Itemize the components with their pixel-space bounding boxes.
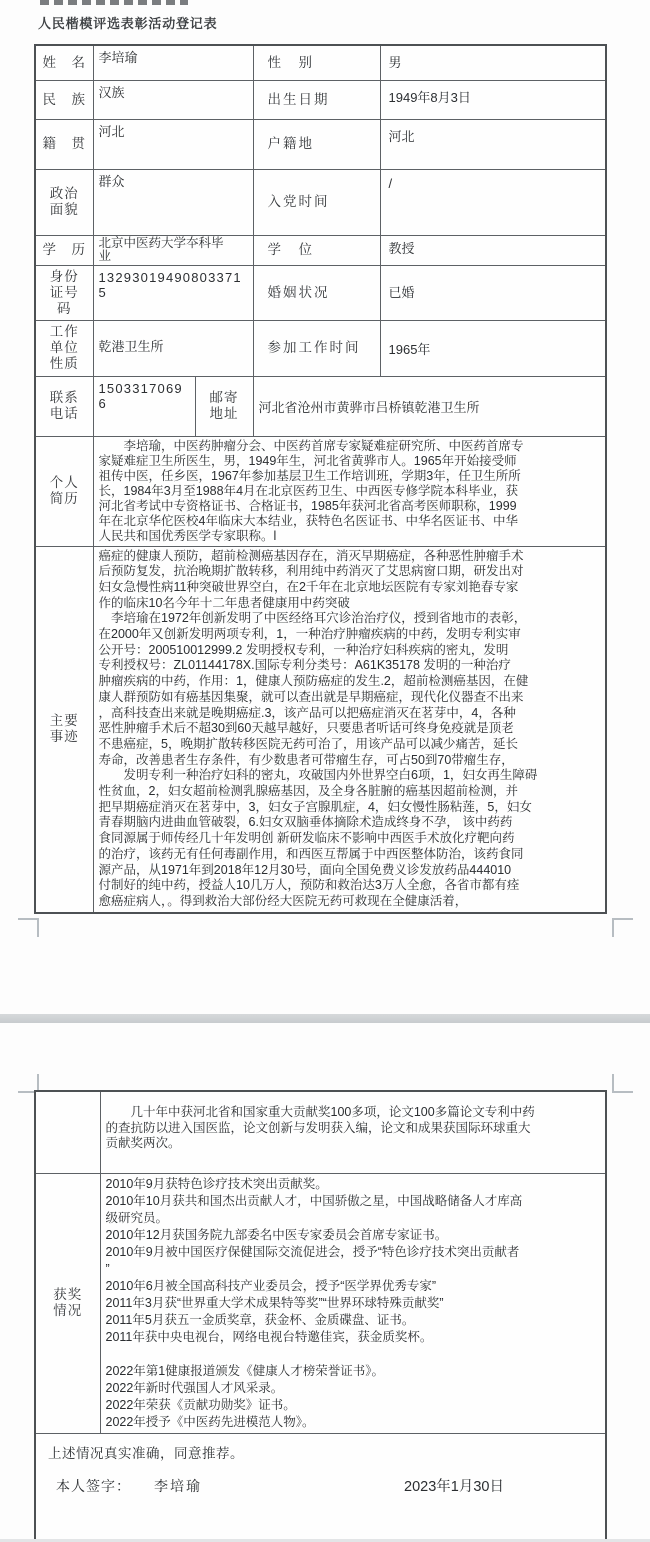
table-row: 政治 面貌 群众 入党时间 / [35, 169, 606, 235]
field-label-gender: 性 别 [253, 45, 380, 80]
field-label-marital-status: 婚姻状况 [253, 265, 380, 320]
table-row: 获奖 情况 2010年9月获特色诊疗技术突出贡献奖。 2010年10月获共和国杰… [35, 1173, 606, 1433]
field-value-main-deeds: 癌症的健康人预防，超前检测癌基因存在，消灭早期癌症，各种恶性肿瘤手术 后预防复发… [93, 546, 606, 913]
field-label-resume: 个人 简历 [35, 436, 93, 546]
table-row: 主要 事迹 癌症的健康人预防，超前检测癌基因存在，消灭早期癌症，各种恶性肿瘤手术… [35, 546, 606, 913]
field-value-marital-status: 已婚 [380, 265, 606, 320]
signature-name: 李培瑜 [154, 1476, 202, 1496]
field-label-birthdate: 出生日期 [253, 80, 380, 119]
page1-bottom-left-margin-mark [18, 918, 39, 937]
field-label-native-place: 籍 贯 [35, 119, 93, 169]
signature-date: 2023年1月30日 [404, 1475, 504, 1496]
field-value-political-status: 群众 [93, 169, 253, 235]
page2-top-right-margin-mark [612, 1074, 633, 1093]
field-value-birthdate: 1949年8月3日 [380, 80, 606, 119]
field-label-name: 姓 名 [35, 45, 93, 80]
field-value-party-join-time: / [380, 169, 606, 235]
field-value-mailing-address: 河北省沧州市黄骅市吕桥镇乾港卫生所 [253, 376, 606, 436]
table-row: 学 历 北京中医药大学夲科毕 业 学 位 教授 [35, 235, 606, 265]
field-label-household: 户籍地 [253, 119, 380, 169]
field-label-political-status: 政治 面貌 [35, 169, 93, 235]
field-label-work-unit: 工作 单位 性质 [35, 320, 93, 376]
table-row: 联系 电话 1503317069 6 邮寄 地址 河北省沧州市黄骅市吕桥镇乾港卫… [35, 376, 606, 436]
field-label-mailing-address: 邮寄 地址 [195, 376, 253, 436]
field-label-education: 学 历 [35, 235, 93, 265]
field-value-ethnicity: 汉族 [93, 80, 253, 119]
field-value-id-number: 13293019490803371 5 [93, 265, 253, 320]
field-label-main-deeds: 主要 事迹 [35, 546, 93, 913]
field-label-id-number: 身份 证号 码 [35, 265, 93, 320]
field-value-name: 李培瑜 [93, 45, 253, 80]
field-value-work-unit: 乾港卫生所 [93, 320, 253, 376]
field-label-deeds-continued [35, 1091, 100, 1173]
field-value-deeds-continued: 几十年中获河北省和国家重大贡献奖100多项，论文100多篇论文专利中药 的查抗防… [100, 1091, 606, 1173]
page-separator [0, 1014, 650, 1023]
field-label-ethnicity: 民 族 [35, 80, 93, 119]
field-value-awards: 2010年9月获特色诊疗技术突出贡献奖。 2010年10月获共和国杰出贡献人才，… [100, 1173, 606, 1433]
registration-form-table-page2: 几十年中获河北省和国家重大贡献奖100多项，论文100多篇论文专利中药 的查抗防… [34, 1090, 607, 1542]
field-value-phone: 1503317069 6 [93, 376, 195, 436]
field-label-awards: 获奖 情况 [35, 1173, 100, 1433]
recommendation-statement: 上述情况真实准确，同意推荐。 [48, 1442, 244, 1462]
table-row: 工作 单位 性质 乾港卫生所 参加工作时间 1965年 [35, 320, 606, 376]
table-row: 个人 简历 李培瑜，中医药肿瘤分会、中医药首席专家疑难症研究所、中医药首席专 家… [35, 436, 606, 546]
page1-bottom-right-margin-mark [612, 918, 633, 937]
table-row: 上述情况真实准确，同意推荐。 本人签字： 李培瑜 2023年1月30日 [35, 1433, 606, 1542]
registration-form-table-page1: 姓 名 李培瑜 性 别 男 民 族 汉族 出生日期 1949年8月3日 籍 贯 … [34, 44, 607, 914]
field-value-gender: 男 [380, 45, 606, 80]
table-row: 籍 贯 河北 户籍地 河北 [35, 119, 606, 169]
field-label-degree: 学 位 [253, 235, 380, 265]
field-value-work-start-time: 1965年 [380, 320, 606, 376]
table-row: 民 族 汉族 出生日期 1949年8月3日 [35, 80, 606, 119]
field-value-degree: 教授 [380, 235, 606, 265]
signature-label: 本人签字： [56, 1476, 131, 1496]
field-value-household: 河北 [380, 119, 606, 169]
field-label-work-start-time: 参加工作时间 [253, 320, 380, 376]
table-row: 身份 证号 码 13293019490803371 5 婚姻状况 已婚 [35, 265, 606, 320]
page-title: 人民楷模评选表彰活动登记表 [38, 13, 217, 32]
field-label-party-join-time: 入党时间 [253, 169, 380, 235]
signature-section: 上述情况真实准确，同意推荐。 本人签字： 李培瑜 2023年1月30日 [35, 1433, 606, 1542]
cropped-text-remnant [40, 0, 188, 5]
field-value-education: 北京中医药大学夲科毕 业 [93, 235, 253, 265]
field-value-resume: 李培瑜，中医药肿瘤分会、中医药首席专家疑难症研究所、中医药首席专 家疑难症卫生所… [93, 436, 606, 546]
field-label-phone: 联系 电话 [35, 376, 93, 436]
table-row: 姓 名 李培瑜 性 别 男 [35, 45, 606, 80]
field-value-native-place: 河北 [93, 119, 253, 169]
table-row: 几十年中获河北省和国家重大贡献奖100多项，论文100多篇论文专利中药 的查抗防… [35, 1091, 606, 1173]
